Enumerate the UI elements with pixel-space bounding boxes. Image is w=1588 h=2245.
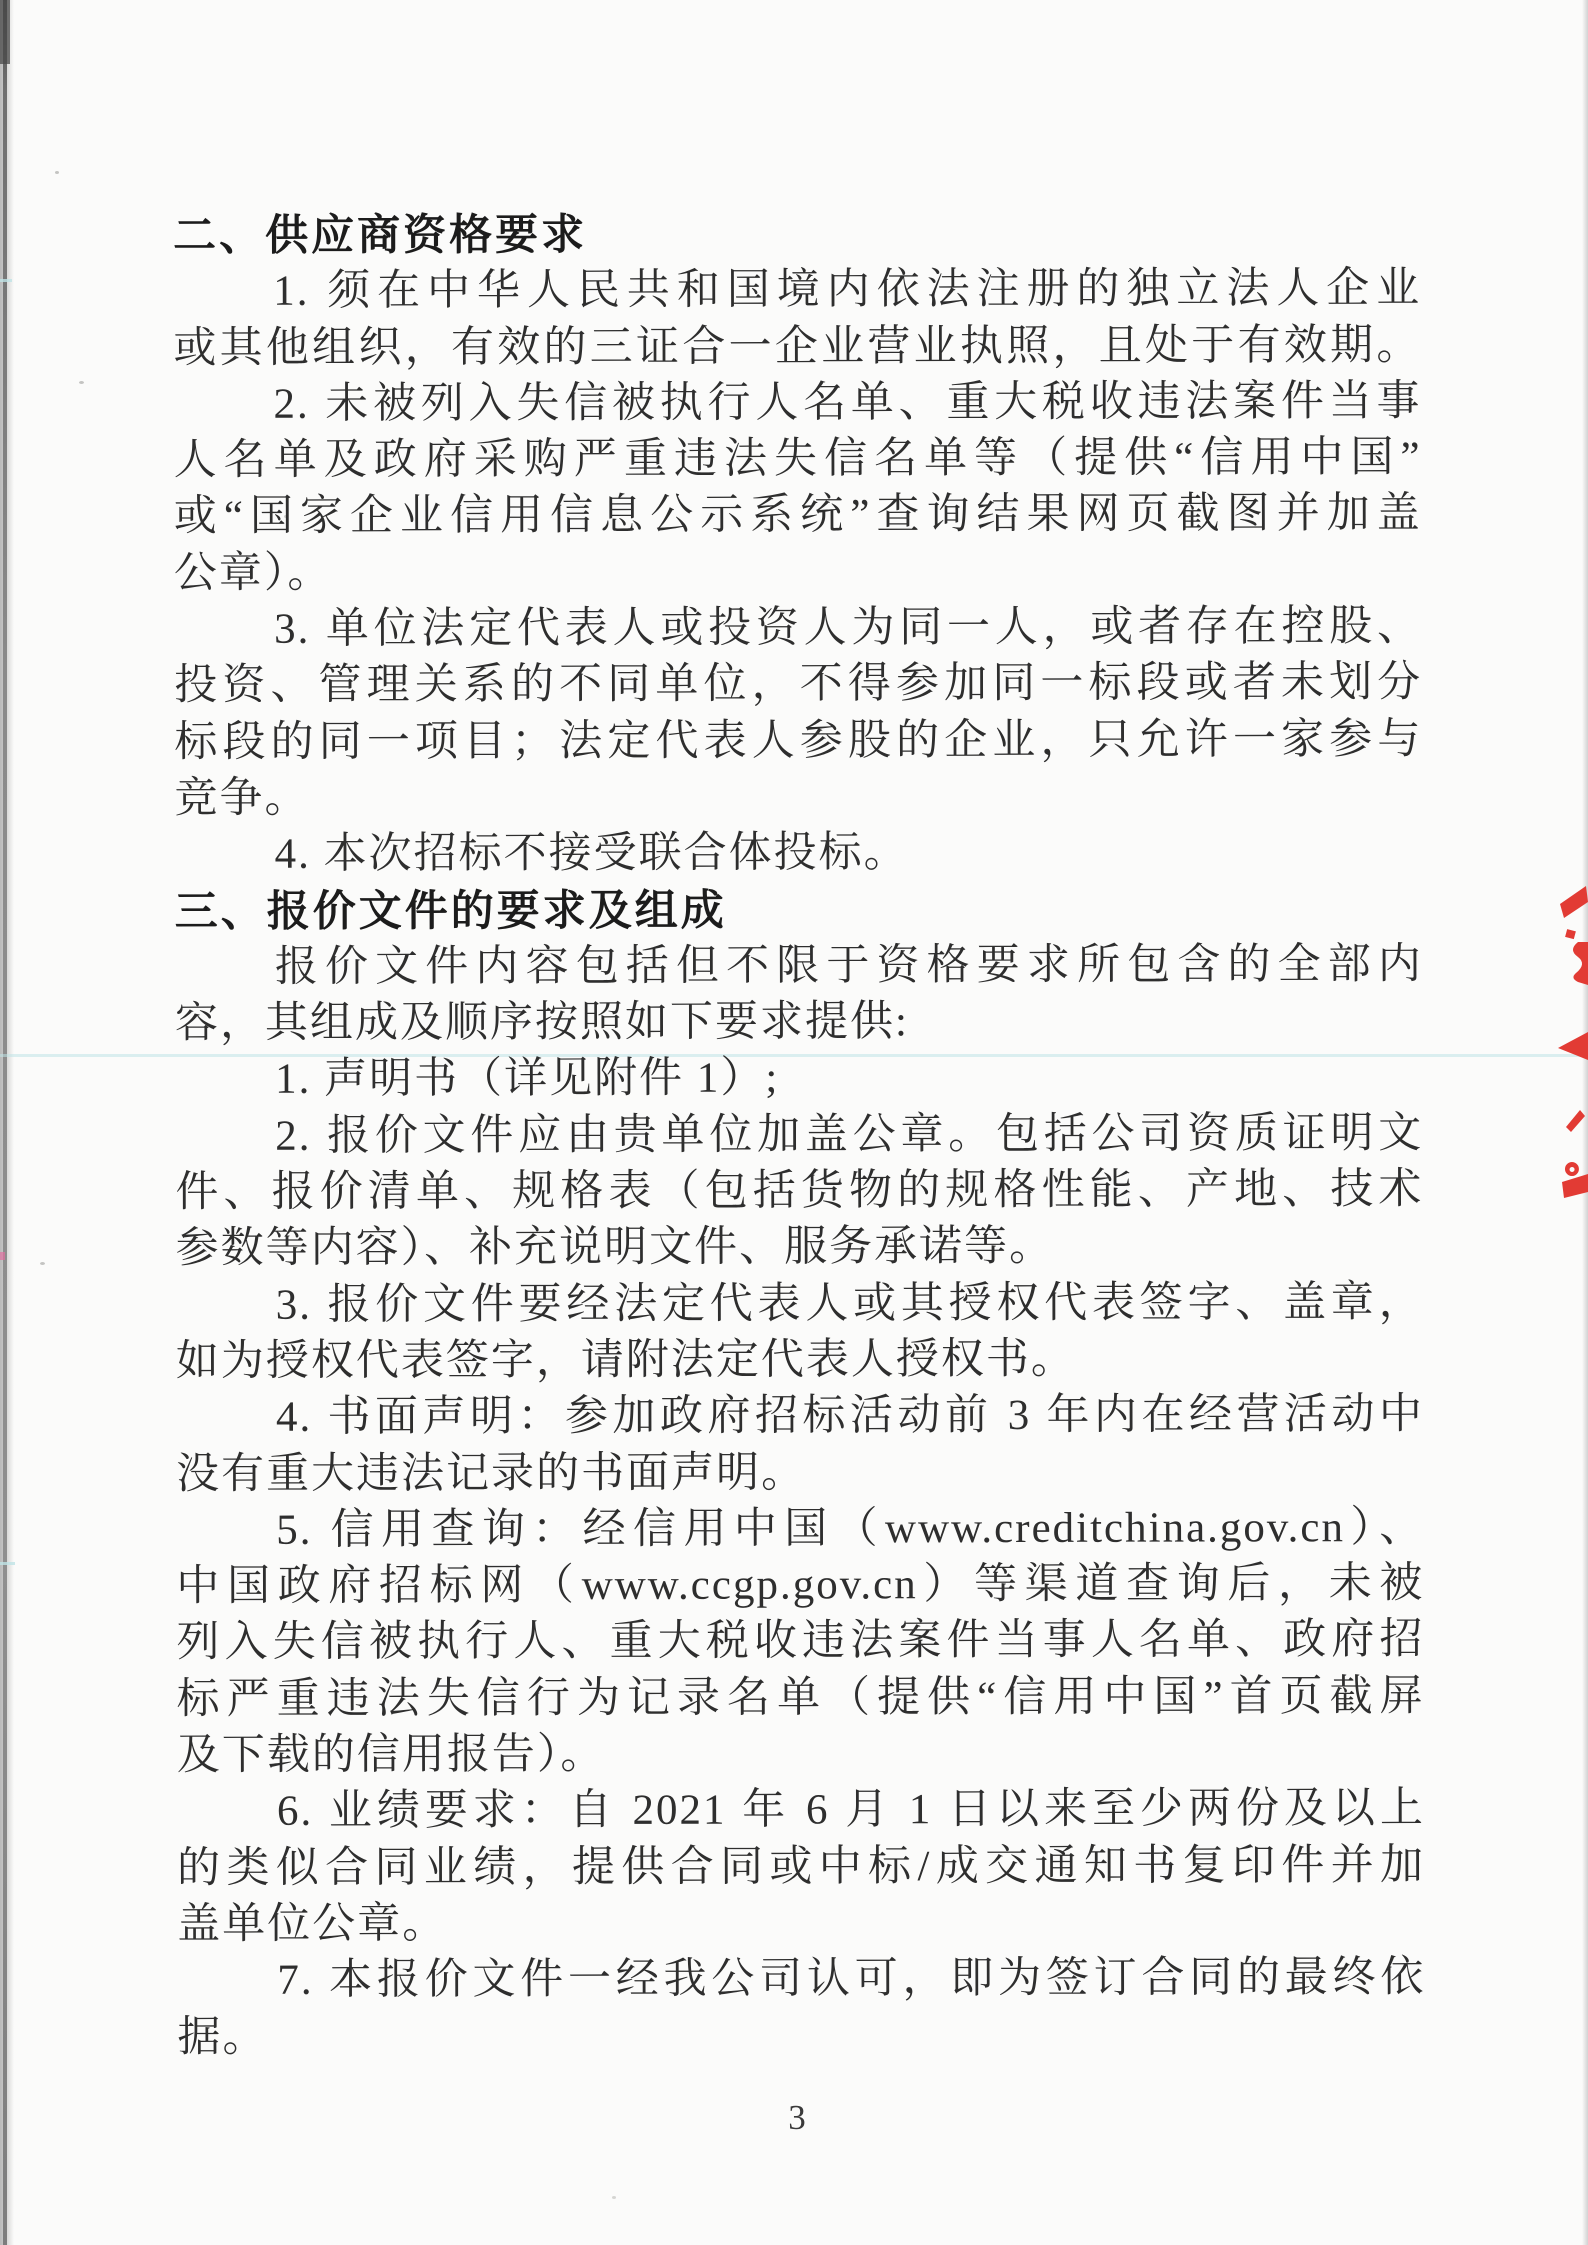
section-heading: 三、报价文件的要求及组成 [175, 881, 1423, 940]
text-line: 的类似合同业绩，提供合同或中标/成交通知书复印件并加 [177, 1838, 1425, 1897]
section-heading: 二、供应商资格要求 [173, 205, 1421, 264]
document-text: 二、供应商资格要求1. 须在中华人民共和国境内依法注册的独立法人企业或其他组织，… [173, 205, 1426, 2066]
text-line: 据。 [177, 2006, 1425, 2065]
text-line: 盖单位公章。 [177, 1894, 1425, 1953]
text-line: 3. 报价文件要经法定代表人或其授权代表签字、盖章， [176, 1275, 1424, 1334]
text-line: 3. 单位法定代表人或投资人为同一人，或者存在控股、 [174, 599, 1422, 658]
dust-speck [40, 1262, 45, 1265]
text-line: 中国政府招标网（www.ccgp.gov.cn）等渠道查询后，未被 [176, 1556, 1424, 1615]
scanned-document-page: 二、供应商资格要求1. 须在中华人民共和国境内依法注册的独立法人企业或其他组织，… [0, 0, 1588, 2245]
text-line: 7. 本报价文件一经我公司认可，即为签订合同的最终依 [177, 1950, 1425, 2009]
text-line: 5. 信用查询：经信用中国（www.creditchina.gov.cn）、 [176, 1500, 1424, 1559]
text-line: 竞争。 [174, 768, 1422, 827]
text-line: 件、报价清单、规格表（包括货物的规格性能、产地、技术 [175, 1162, 1423, 1221]
red-stamp-fragment-icon [1554, 880, 1588, 1210]
scanner-left-edge-line [3, 0, 7, 2245]
text-line: 列入失信被执行人、重大税收违法案件当事人名单、政府招 [176, 1612, 1424, 1671]
text-line: 2. 报价文件应由贵单位加盖公章。包括公司资质证明文 [175, 1106, 1423, 1165]
text-line: 如为授权代表签字，请附法定代表人授权书。 [176, 1331, 1424, 1390]
text-line: 4. 书面声明：参加政府招标活动前 3 年内在经营活动中 [176, 1387, 1424, 1446]
scanner-left-edge-cap [0, 0, 10, 64]
text-line: 1. 声明书（详见附件 1）; [175, 1049, 1423, 1108]
page-number: 3 [173, 2098, 1421, 2138]
scanner-tick-artifact [0, 279, 12, 282]
text-line: 1. 须在中华人民共和国境内依法注册的独立法人企业 [173, 261, 1421, 320]
text-line: 及下载的信用报告）。 [177, 1725, 1425, 1784]
text-line: 投资、管理关系的不同单位，不得参加同一标段或者未划分 [174, 655, 1422, 714]
text-line: 标段的同一项目；法定代表人参股的企业，只允许一家参与 [174, 712, 1422, 771]
text-line: 公章）。 [174, 543, 1422, 602]
text-line: 4. 本次招标不接受联合体投标。 [175, 824, 1423, 883]
dust-speck [79, 381, 84, 384]
text-line: 标严重违法失信行为记录名单（提供“信用中国”首页截屏 [177, 1669, 1425, 1728]
dust-speck [55, 171, 59, 174]
dust-speck [612, 2196, 616, 2199]
text-line: 参数等内容）、补充说明文件、服务承诺等。 [175, 1218, 1423, 1277]
text-line: 报价文件内容包括但不限于资格要求所包含的全部内 [175, 937, 1423, 996]
scanner-tick-artifact [0, 1562, 15, 1565]
text-line: 2. 未被列入失信被执行人名单、重大税收违法案件当事 [173, 374, 1421, 433]
text-line: 或“国家企业信用信息公示系统”查询结果网页截图并加盖 [174, 486, 1422, 545]
scanner-tick-artifact [0, 1252, 5, 1260]
text-line: 容，其组成及顺序按照如下要求提供: [175, 993, 1423, 1052]
text-line: 6. 业绩要求：自 2021 年 6 月 1 日以来至少两份及以上 [177, 1781, 1425, 1840]
text-line: 或其他组织，有效的三证合一企业营业执照，且处于有效期。 [173, 318, 1421, 377]
text-line: 人名单及政府采购严重违法失信名单等（提供“信用中国” [174, 430, 1422, 489]
text-line: 没有重大违法记录的书面声明。 [176, 1443, 1424, 1502]
